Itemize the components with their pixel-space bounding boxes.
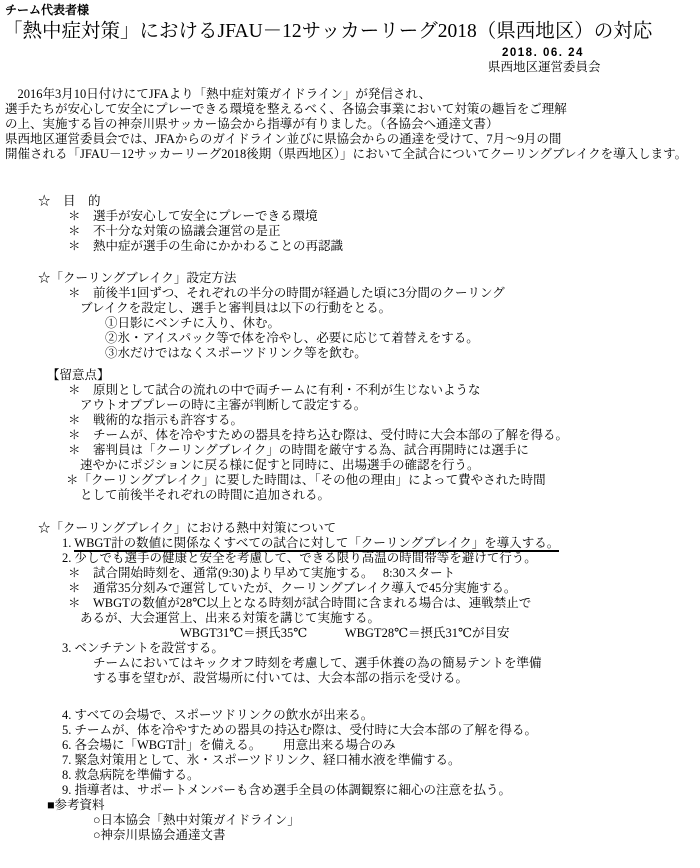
note-line: ＊ 審判員は「クーリングブレイク」の時間を厳守する為、試合再開時には選手に <box>68 443 700 458</box>
note-line: ＊ 戦術的な指示も許容する。 <box>68 413 700 428</box>
checklist-item: 4. すべての会場で、スポーツドリンクの飲水が出来る。 <box>62 708 700 723</box>
intro-line: の上、実施する旨の神奈川県サッカー協会から指導が有りました。（各協会へ通達文書） <box>5 117 700 132</box>
committee-name: 県西地区運営委員会 <box>488 60 700 74</box>
checklist-item: 9. 指導者は、サポートメンバーも含め選手全員の体調観察に細心の注意を払う。 <box>62 783 700 798</box>
purpose-item: ＊ 不十分な対策の協議会運営の是正 <box>68 224 700 239</box>
wbgt-guideline: WBGT31℃＝摂氏35℃ WBGT28℃＝摂氏31℃が目安 <box>180 626 700 641</box>
method-lead-continuation: ブレイクを設定し、選手と審判員は以下の行動をとる。 <box>80 301 700 316</box>
note-line-continuation: アウトオブプレーの時に主審が判断して設定する。 <box>80 398 700 413</box>
reference-section: ■参考資料 ○日本協会「熱中対策ガイドライン」 ○神奈川県協会通達文書 <box>0 798 700 843</box>
purpose-heading: ☆ 目 的 <box>38 194 700 209</box>
recipient-line: チーム代表者様 <box>5 3 700 18</box>
measure-item-1-number: 1. <box>62 536 74 550</box>
method-step: ②氷・アイスパック等で体を冷やし、必要に応じて着替えをする。 <box>105 331 700 346</box>
reference-item: ○日本協会「熱中対策ガイドライン」 <box>93 813 700 828</box>
note-line: ＊「クーリングブレイク」に要した時間は、「その他の理由」によって費やされた時間 <box>66 473 700 488</box>
reference-item: ○神奈川県協会通達文書 <box>93 828 700 843</box>
reference-heading: ■参考資料 <box>47 798 700 813</box>
measure-subitem: ＊ 通常35分刻みで運営していたが、クーリングブレイク導入で45分実施する。 <box>68 581 700 596</box>
date-block: 2018. 06. 24 県西地区運営委員会 <box>488 47 700 74</box>
purpose-item: ＊ 熱中症が選手の生命にかかわることの再認識 <box>68 239 700 254</box>
document-date: 2018. 06. 24 <box>502 47 700 60</box>
method-heading: ☆「クーリングブレイク」設定方法 <box>38 271 700 286</box>
checklist-item: 5. チームが、体を冷やすための器具の持込む際は、受付時に大会本部の了解を得る。 <box>62 723 700 738</box>
intro-line: 開催される「JFAU－12サッカーリーグ2018後期（県西地区）」において全試合… <box>5 147 700 162</box>
notes-heading: 【留意点】 <box>47 368 700 383</box>
intro-line: 2016年3月10日付けにてJFAより「熱中症対策ガイドライン」が発信され、 <box>5 87 700 102</box>
measures-heading: ☆「クーリングブレイク」における熱中対策について <box>38 521 700 536</box>
measure-item-2: 2. 少しでも選手の健康と安全を考慮して、できる限り高温の時間帯等を避けて行う。 <box>62 551 700 566</box>
method-lead: ＊ 前後半1回ずつ、それぞれの半分の時間が経過した頃に3分間のクーリング <box>68 286 700 301</box>
measure-subitem-continuation: あるが、大会運営上、出来る対策を講じて実施する。 <box>80 611 700 626</box>
checklist-section: 4. すべての会場で、スポーツドリンクの飲水が出来る。 5. チームが、体を冷や… <box>0 708 700 798</box>
method-step: ①日影にベンチに入り、休む。 <box>105 316 700 331</box>
method-step: ③水だけではなくスポーツドリンク等を飲む。 <box>105 346 700 361</box>
note-line: ＊ 原則として試合の流れの中で両チームに有利・不利が生じないような <box>68 383 700 398</box>
intro-paragraph: 2016年3月10日付けにてJFAより「熱中症対策ガイドライン」が発信され、 選… <box>0 87 700 162</box>
measure-item-1-underlined-text: WBGT計の数値に関係なくすべての試合に対して「クーリングブレイク」を導入する。 <box>74 536 559 552</box>
measure-item-1: 1. WBGT計の数値に関係なくすべての試合に対して「クーリングブレイク」を導入… <box>62 536 700 551</box>
method-section: ☆「クーリングブレイク」設定方法 ＊ 前後半1回ずつ、それぞれの半分の時間が経過… <box>0 271 700 361</box>
note-line-continuation: として前後半それぞれの時間に追加される。 <box>80 488 700 503</box>
measure-item-3: 3. ベンチテントを設営する。 <box>62 641 700 656</box>
measures-section: ☆「クーリングブレイク」における熱中対策について 1. WBGT計の数値に関係な… <box>0 521 700 686</box>
measure-subitem: ＊ 試合開始時刻を、通常(9:30)より早めて実施する。 8:30スタート <box>68 566 700 581</box>
checklist-item: 6. 各会場に「WBGT計」を備える。 用意出来る場合のみ <box>62 738 700 753</box>
checklist-item: 7. 緊急対策用として、氷・スポーツドリンク、経口補水液を準備する。 <box>62 753 700 768</box>
purpose-item: ＊ 選手が安心して安全にプレーできる環境 <box>68 209 700 224</box>
measure-item-3-detail: チームにおいてはキックオフ時刻を考慮して、選手休養の為の簡易テントを準備 <box>93 656 700 671</box>
document-page: チーム代表者様 「熱中症対策」におけるJFAU－12サッカーリーグ2018（県西… <box>0 3 700 868</box>
note-line: ＊ チームが、体を冷やすための器具を持ち込む際は、受付時に大会本部の了解を得る。 <box>68 428 700 443</box>
measure-item-3-detail: する事を望むが、設営場所に付いては、大会本部の指示を受ける。 <box>93 671 700 686</box>
intro-line: 選手たちが安心して安全にプレーできる環境を整えるべく、各協会事業において対策の趣… <box>5 102 700 117</box>
document-title: 「熱中症対策」におけるJFAU－12サッカーリーグ2018（県西地区）の対応 <box>3 19 700 45</box>
intro-line: 県西地区運営委員会では、JFAからのガイドライン並びに県協会からの通達を受けて、… <box>5 132 700 147</box>
purpose-section: ☆ 目 的 ＊ 選手が安心して安全にプレーできる環境 ＊ 不十分な対策の協議会運… <box>0 194 700 254</box>
note-line-continuation: 速やかにポジションに戻る様に促すと同時に、出場選手の確認を行う。 <box>80 458 700 473</box>
notes-section: 【留意点】 ＊ 原則として試合の流れの中で両チームに有利・不利が生じないような … <box>0 368 700 503</box>
measure-subitem: ＊ WBGTの数値が28℃以上となる時刻が試合時間に含まれる場合は、連戦禁止で <box>68 596 700 611</box>
checklist-item: 8. 救急病院を準備する。 <box>62 768 700 783</box>
